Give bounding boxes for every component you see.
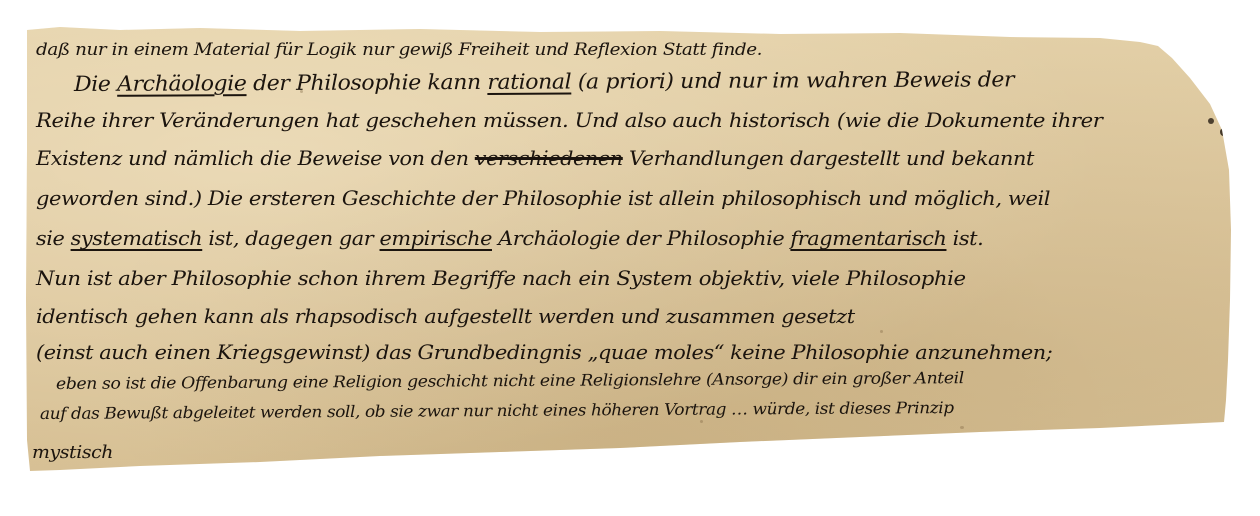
- underlined-word: Archäologie: [117, 71, 246, 96]
- manuscript-line-2: Die Archäologie der Philosophie kann rat…: [74, 67, 1014, 96]
- struck-word: verschiedenen: [475, 146, 623, 170]
- line-6-text: sie: [36, 226, 71, 250]
- manuscript-line-10: eben so ist die Offenbarung eine Religio…: [56, 368, 964, 393]
- line-4-text: Existenz und nämlich die Beweise von den: [36, 146, 475, 170]
- line-2-text: der Philosophie kann: [246, 70, 487, 95]
- underlined-word: empirische: [380, 226, 492, 250]
- manuscript-line-11: auf das Bewußt abgeleitet werden soll, o…: [40, 398, 954, 423]
- manuscript-line-3: Reihe ihrer Veränderungen hat geschehen …: [36, 108, 1102, 132]
- manuscript-text: daß nur in einem Material für Logik nur …: [0, 0, 1260, 516]
- manuscript-line-4: Existenz und nämlich die Beweise von den…: [36, 146, 1034, 170]
- ink-speck: [1220, 128, 1227, 136]
- line-2-text: (a priori) und nur im wahren Beweis der: [571, 67, 1014, 93]
- line-2-text: Die: [74, 72, 117, 96]
- manuscript-line-5: geworden sind.) Die ersteren Geschichte …: [36, 186, 1050, 210]
- line-4-text: Verhandlungen dargestellt und bekannt: [623, 146, 1034, 170]
- page-background: daß nur in einem Material für Logik nur …: [0, 0, 1260, 516]
- manuscript-line-6: sie systematisch ist, dagegen gar empiri…: [36, 226, 983, 250]
- manuscript-line-12: mystisch: [32, 442, 113, 463]
- line-6-text: ist.: [946, 226, 983, 250]
- underlined-word: systematisch: [71, 226, 203, 250]
- manuscript-line-1: daß nur in einem Material für Logik nur …: [36, 40, 762, 60]
- underlined-word: fragmentarisch: [790, 226, 946, 250]
- manuscript-line-9: (einst auch einen Kriegsgewinst) das Gru…: [36, 340, 1052, 364]
- line-6-text: ist, dagegen gar: [202, 226, 379, 250]
- manuscript-line-7: Nun ist aber Philosophie schon ihrem Beg…: [36, 266, 966, 290]
- line-6-text: Archäologie der Philosophie: [492, 226, 790, 250]
- underlined-word: rational: [487, 70, 571, 94]
- manuscript-line-8: identisch gehen kann als rhapsodisch auf…: [36, 304, 855, 328]
